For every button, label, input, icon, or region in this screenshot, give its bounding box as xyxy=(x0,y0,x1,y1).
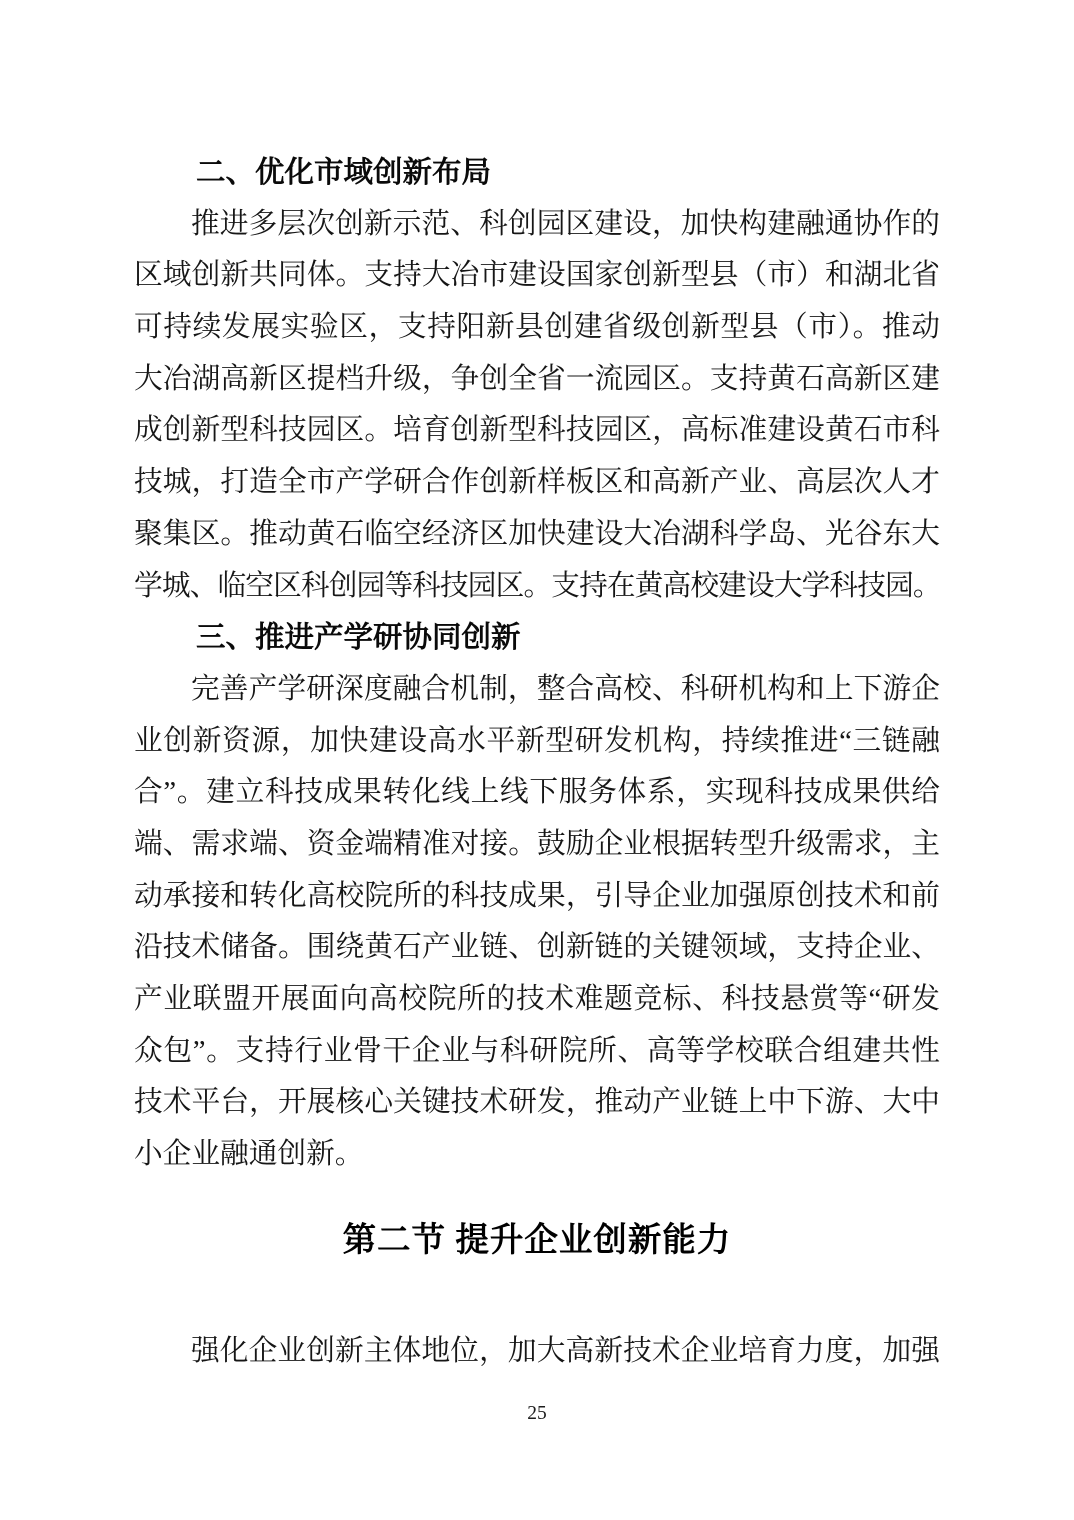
text-line: 合”。建立科技成果转化线上线下服务体系，实现科技成果供给 xyxy=(134,767,940,819)
text-line: 聚集区。推动黄石临空经济区加快建设大冶湖科学岛、光谷东大 xyxy=(134,509,940,561)
document-page: 二、优化市域创新布局 推进多层次创新示范、科创园区建设，加快构建融通协作的区域创… xyxy=(0,0,1074,1520)
page-number: 25 xyxy=(0,1401,1074,1427)
heading-section-two: 二、优化市域创新布局 xyxy=(134,147,940,199)
text-line: 区域创新共同体。支持大冶市建设国家创新型县（市）和湖北省 xyxy=(134,250,940,302)
text-line: 端、需求端、资金端精准对接。鼓励企业根据转型升级需求，主 xyxy=(134,819,940,871)
text-line: 大冶湖高新区提档升级，争创全省一流园区。支持黄石高新区建 xyxy=(134,354,940,406)
chapter-section-title: 第二节 提升企业创新能力 xyxy=(134,1219,940,1263)
text-line: 众包”。支持行业骨干企业与科研院所、高等学校联合组建共性 xyxy=(134,1026,940,1078)
text-line: 业创新资源，加快建设高水平新型研发机构，持续推进“三链融 xyxy=(134,716,940,768)
text-line: 动承接和转化高校院所的科技成果，引导企业加强原创技术和前 xyxy=(134,871,940,923)
text-line: 完善产学研深度融合机制，整合高校、科研机构和上下游企 xyxy=(134,664,940,716)
heading-section-three: 三、推进产学研协同创新 xyxy=(134,612,940,664)
text-line: 推进多层次创新示范、科创园区建设，加快构建融通协作的 xyxy=(134,199,940,251)
paragraph-next-section-start: 强化企业创新主体地位，加大高新技术企业培育力度，加强 xyxy=(134,1326,940,1378)
text-line: 可持续发展实验区，支持阳新县创建省级创新型县（市）。推动 xyxy=(134,302,940,354)
paragraph-section-two: 推进多层次创新示范、科创园区建设，加快构建融通协作的区域创新共同体。支持大冶市建… xyxy=(134,199,940,613)
text-line: 学城、临空区科创园等科技园区。支持在黄高校建设大学科技园。 xyxy=(134,561,940,613)
text-line: 产业联盟开展面向高校院所的技术难题竞标、科技悬赏等“研发 xyxy=(134,974,940,1026)
page-content: 二、优化市域创新布局 推进多层次创新示范、科创园区建设，加快构建融通协作的区域创… xyxy=(134,147,940,1377)
text-line: 沿技术储备。围绕黄石产业链、创新链的关键领域，支持企业、 xyxy=(134,922,940,974)
text-line: 小企业融通创新。 xyxy=(134,1129,940,1181)
text-line: 技城，打造全市产学研合作创新样板区和高新产业、高层次人才 xyxy=(134,457,940,509)
text-line: 成创新型科技园区。培育创新型科技园区，高标准建设黄石市科 xyxy=(134,405,940,457)
text-line: 技术平台，开展核心关键技术研发，推动产业链上中下游、大中 xyxy=(134,1077,940,1129)
text-line: 强化企业创新主体地位，加大高新技术企业培育力度，加强 xyxy=(134,1326,940,1378)
paragraph-section-three: 完善产学研深度融合机制，整合高校、科研机构和上下游企业创新资源，加快建设高水平新… xyxy=(134,664,940,1181)
